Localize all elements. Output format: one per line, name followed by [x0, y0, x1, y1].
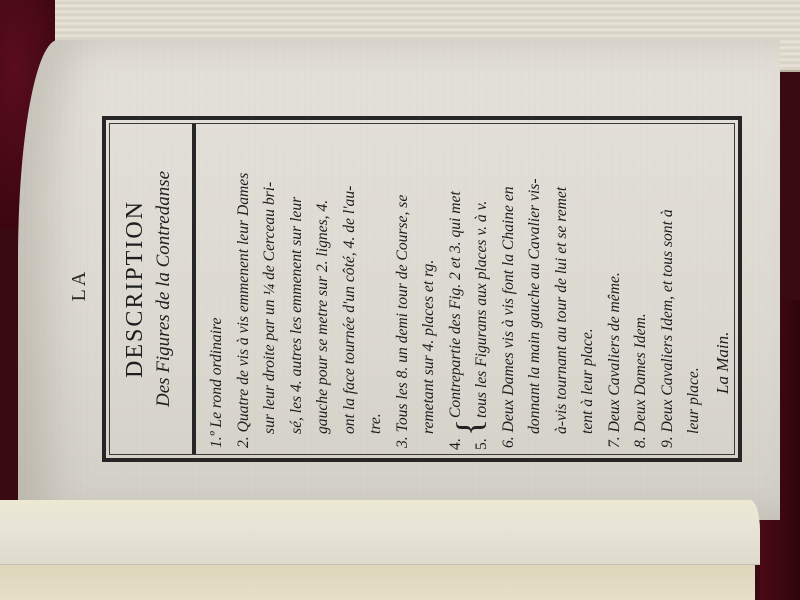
list-item-continuation: donnant la main gauche au Cavalier vis-: [522, 128, 549, 448]
list-item: 9. Deux Cavaliers Idem, et tous sont à: [655, 128, 682, 448]
list-item-continuation: sé, les 4. autres les emmenent sur leur: [284, 128, 311, 448]
header-box: DESCRIPTION Des Figures de la Contredans…: [110, 124, 196, 454]
brace-number: 5.: [469, 438, 496, 450]
list-item: tous les Figurans aux places v. à v.: [469, 128, 496, 418]
page-content: LA DESCRIPTION Des Figures de la Contred…: [60, 100, 750, 470]
list-item-continuation: remetant sur 4. places et rg.: [416, 128, 443, 448]
list-item: 8. Deux Dames Idem.: [628, 128, 655, 448]
list-item: 7. Deux Cavaliers de même.: [602, 128, 629, 448]
brace-group: 4. 5. { Contrepartie des Fig. 2 et 3. qu…: [443, 128, 496, 448]
brace-numbers: 4. 5.: [443, 438, 496, 450]
list-item-continuation: leur place.: [681, 128, 708, 448]
list-item-continuation: gauche pour se metre sur 2. lignes, 4.: [310, 128, 337, 448]
underlying-page: [0, 560, 755, 600]
brace-lines: Contrepartie des Fig. 2 et 3. qui met to…: [443, 128, 496, 448]
figure-list: 1.º Le rond ordinaire 2. Quatre de vis à…: [204, 128, 736, 448]
list-item-continuation: tre.: [363, 128, 390, 448]
list-item-continuation: tent à leur place.: [575, 128, 602, 448]
curled-page-edge: [0, 500, 760, 565]
page-subtitle: Des Figures de la Contredanse: [153, 124, 175, 454]
list-item-continuation: à-vis tournant au tour de lui et se reme…: [549, 128, 576, 448]
list-item: 2. Quatre de vis à vis emmenent leur Dam…: [231, 128, 258, 448]
brace-number: 4.: [443, 438, 470, 450]
curly-brace-icon: {: [445, 419, 493, 436]
list-item-continuation: ont la face tournée d'un côté, 4. de l'a…: [337, 128, 364, 448]
list-item: Contrepartie des Fig. 2 et 3. qui met: [443, 128, 470, 418]
list-item-continuation: sur leur droite par un ¼ de Cerceau bri-: [257, 128, 284, 448]
running-head: LA: [68, 100, 91, 470]
rotated-page-content: LA DESCRIPTION Des Figures de la Contred…: [60, 100, 750, 470]
list-item: 3. Tous les 8. un demi tour de Course, s…: [390, 128, 417, 448]
list-item: 1.º Le rond ordinaire: [204, 128, 231, 448]
text-frame: DESCRIPTION Des Figures de la Contredans…: [102, 116, 742, 462]
page-title: DESCRIPTION: [122, 124, 149, 454]
list-item: 6. Deux Dames vis à vis font la Chaine e…: [496, 128, 523, 448]
signoff: La Main.: [710, 128, 737, 448]
